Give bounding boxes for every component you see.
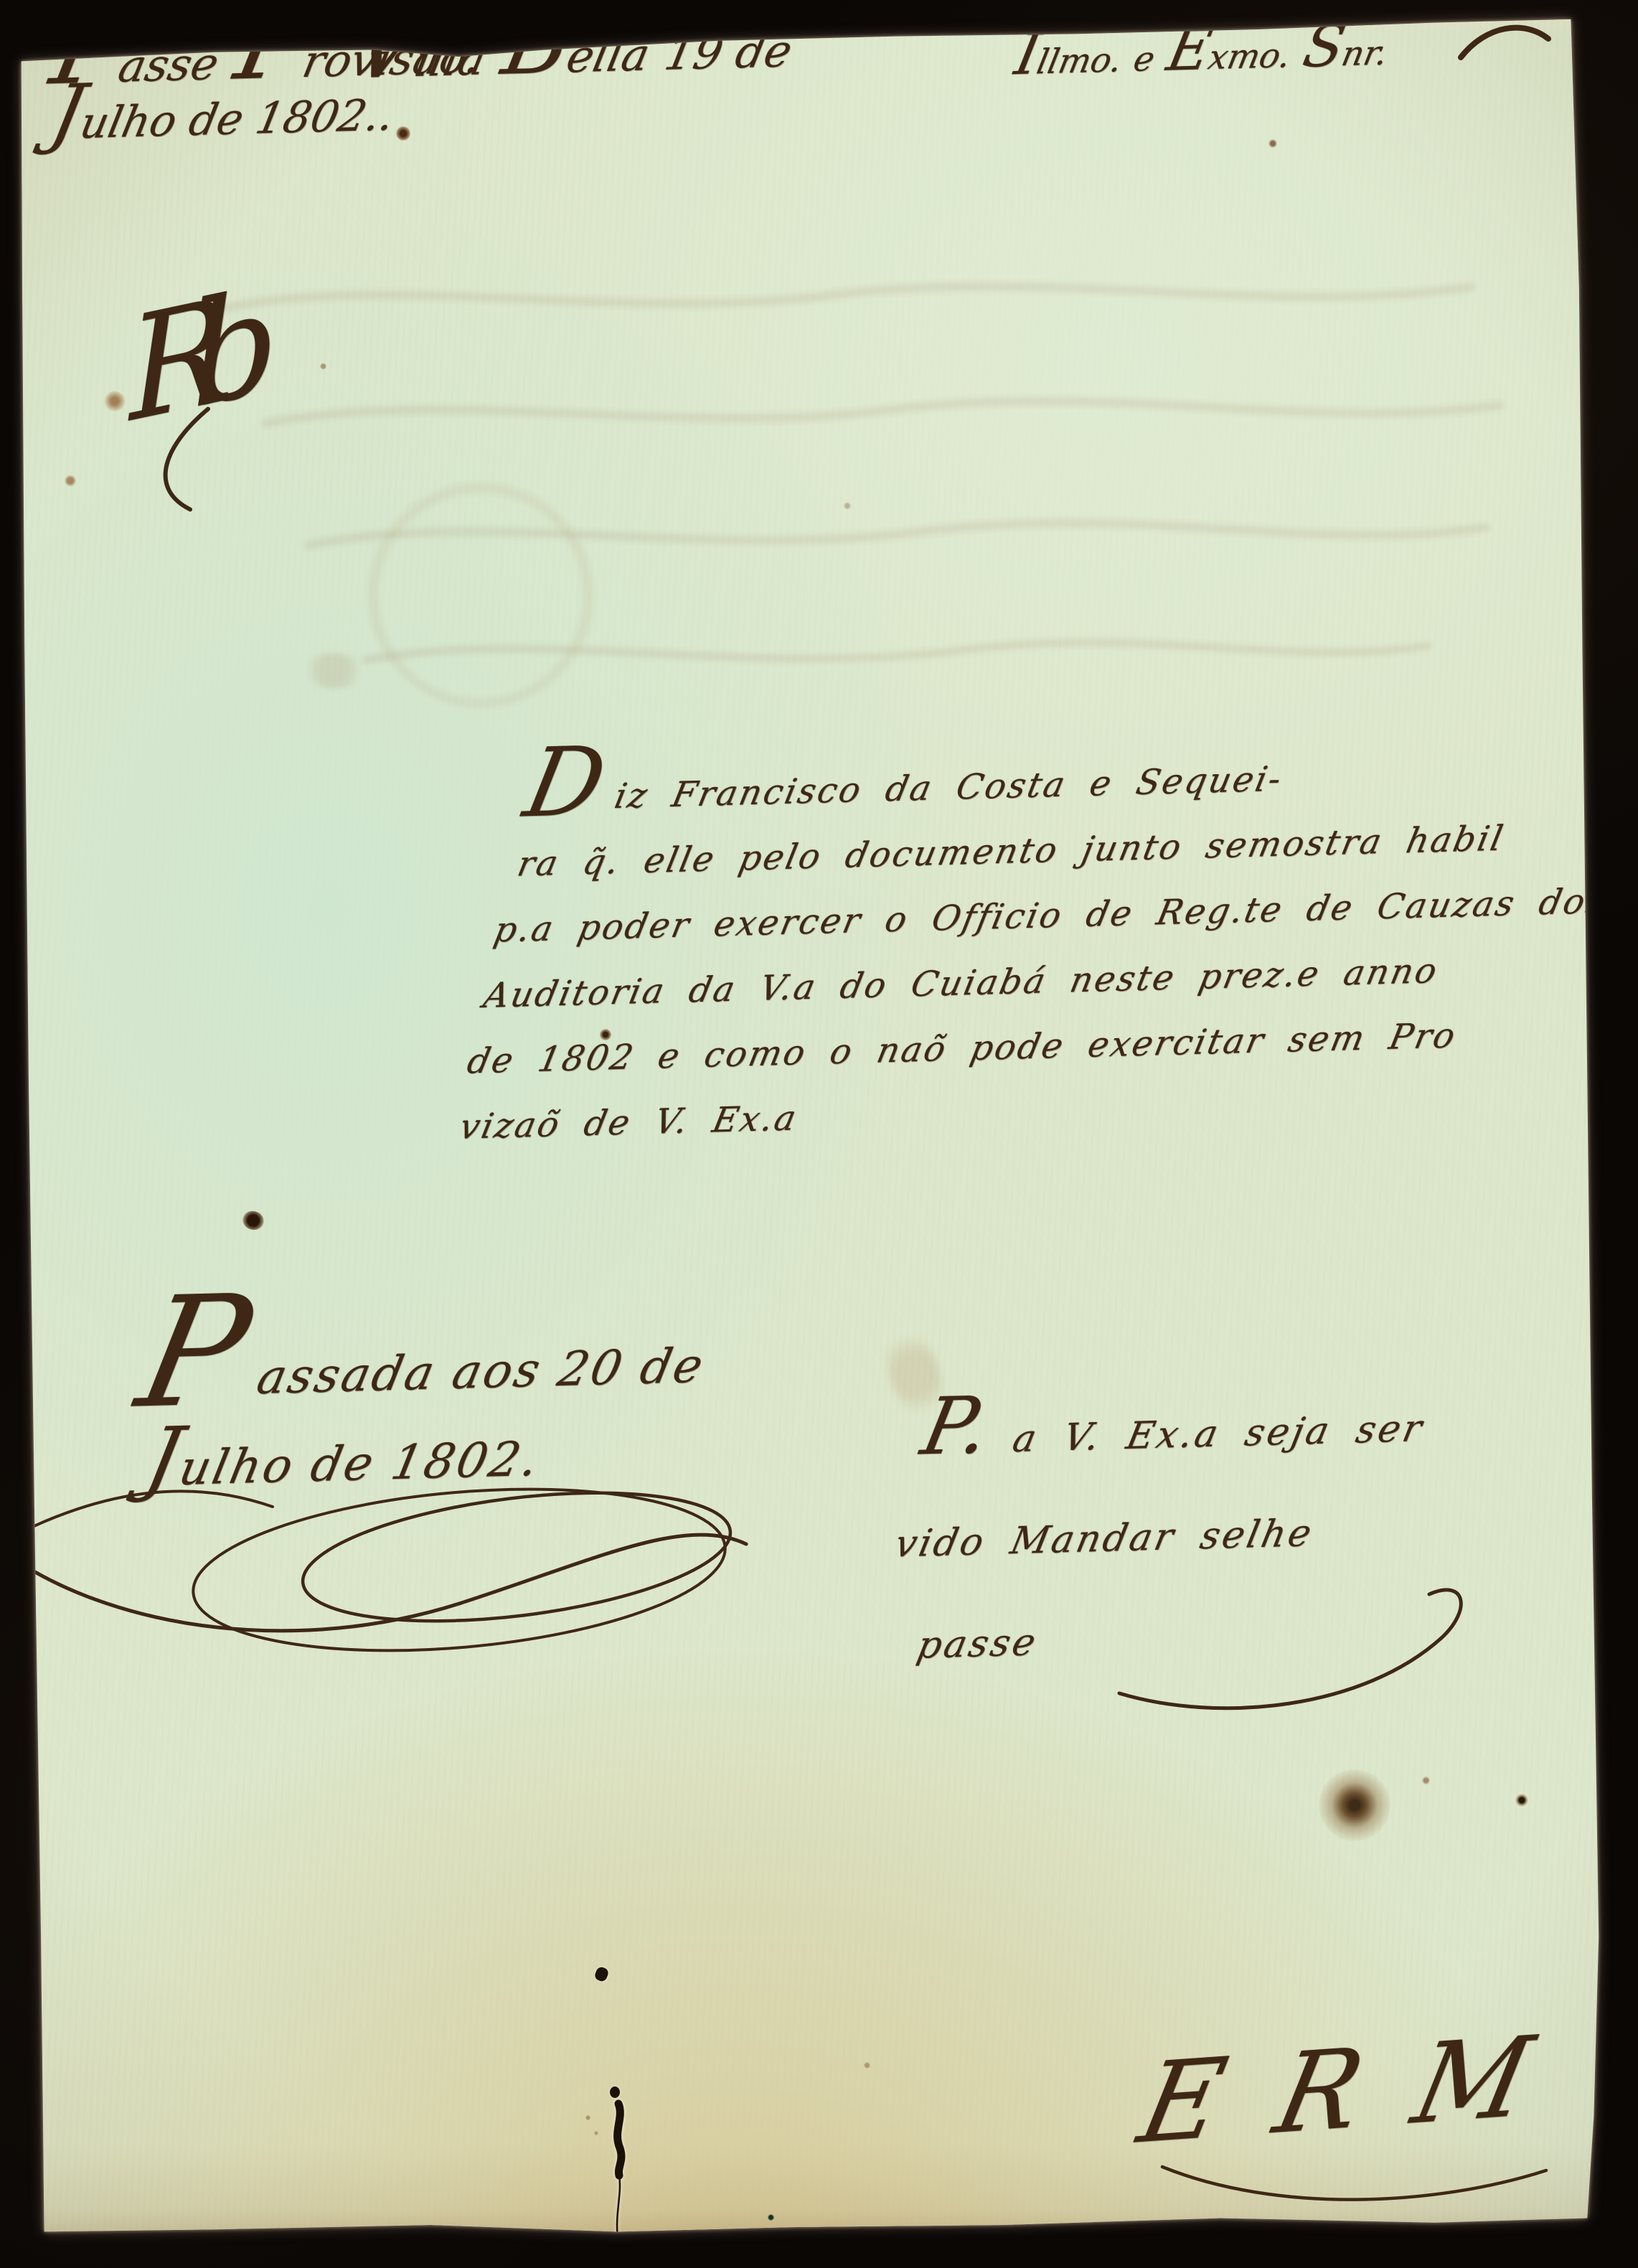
foxing-spot <box>864 2062 870 2069</box>
place-and-date-line: VillaBella19 de <box>347 24 814 88</box>
salutation-word: Illmo. <box>1011 40 1126 83</box>
place-word: Bella <box>497 28 654 85</box>
ink-dot <box>610 2086 620 2098</box>
paper-crack-line <box>601 2098 644 2241</box>
photograph-background: { "colors": { "ink": "#3e2715", "paper":… <box>0 0 1638 2268</box>
clerk-monogram-rubric: Rb <box>126 265 240 454</box>
manuscript-paper: PasseProvisaõ. VillaBella19 de Illmo.eEx… <box>0 0 1638 2268</box>
header-date-second-line: Julho de 1802.. <box>46 90 399 149</box>
foxing-spot <box>844 502 851 509</box>
foxing-spot <box>104 391 126 411</box>
manuscript-page-wrap: PasseProvisaõ. VillaBella19 de Illmo.eEx… <box>0 0 1638 2268</box>
foxing-freckle <box>594 2131 598 2135</box>
faint-smudge <box>301 653 366 689</box>
issuance-line: Passada aos 20 de <box>129 1321 714 1425</box>
salutation-word: Snr. <box>1299 33 1390 75</box>
large-foxing-blotch <box>1319 1769 1390 1841</box>
issuance-note: Passada aos 20 de Julho de 1802. <box>110 1321 713 1515</box>
issuance-line: Julho de 1802. <box>136 1411 695 1514</box>
foxing-spot <box>65 475 76 486</box>
foxing-spot <box>1268 139 1277 148</box>
erm-signature-abbreviation: E R M <box>1129 2011 1553 2168</box>
place-word: Villa <box>347 32 491 88</box>
foxing-freckle <box>585 2115 590 2120</box>
foxing-spot <box>396 126 410 141</box>
closing-request: P. a V. Ex.a seja ser vido Mandar selhe … <box>869 1378 1434 1698</box>
green-speck <box>768 2214 774 2221</box>
request-line: vido Mandar selhe <box>885 1479 1413 1595</box>
foxing-spot <box>1515 1794 1528 1807</box>
foxing-spot <box>1422 1777 1430 1784</box>
petition-paragraph: Diz Francisco da Costa e Sequei- ra q̃. … <box>452 738 1638 1161</box>
salutation-line: Illmo.eExmo.Snr. <box>1011 33 1404 83</box>
ink-dash-mark <box>593 1966 610 1983</box>
request-line: passe <box>908 1582 1393 1697</box>
ink-blot-on-flourish <box>240 1209 266 1233</box>
salutation-word: e <box>1130 39 1158 80</box>
salutation-word: Exmo. <box>1163 36 1294 79</box>
foxing-spot <box>320 363 326 370</box>
folio-corner-ink-curl <box>1456 16 1557 70</box>
day-text: 19 de <box>660 24 796 80</box>
request-line: P. a V. Ex.a seja ser <box>910 1378 1434 1493</box>
bleedthrough-ghost-writing <box>179 258 1578 761</box>
